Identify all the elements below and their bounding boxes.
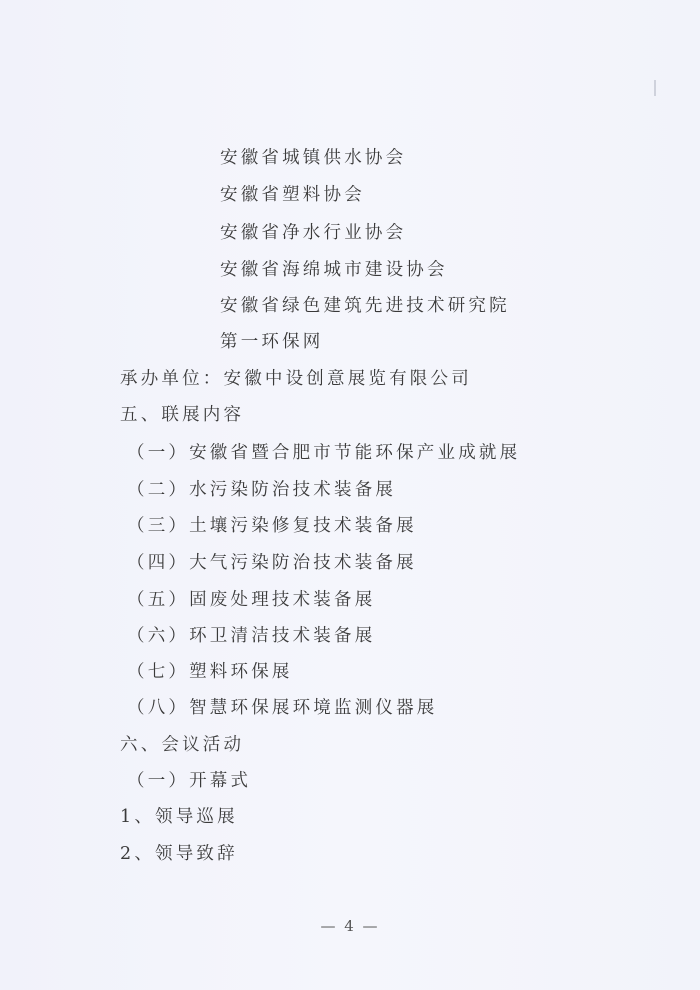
exhibit-item: （二）水污染防治技术装备展 — [127, 479, 396, 501]
co-organizer-line: 安徽省绿色建筑先进技术研究院 — [220, 295, 510, 317]
exhibit-item: （三）土壤污染修复技术装备展 — [127, 515, 417, 537]
co-organizer-line: 安徽省塑料协会 — [220, 184, 365, 206]
exhibit-item: （八）智慧环保展环境监测仪器展 — [127, 697, 438, 719]
exhibit-item: （一）安徽省暨合肥市节能环保产业成就展 — [127, 442, 520, 464]
document-page: 安徽省城镇供水协会 安徽省塑料协会 安徽省净水行业协会 安徽省海绵城市建设协会 … — [0, 0, 700, 990]
exhibit-item: （六）环卫清洁技术装备展 — [127, 625, 375, 647]
section-6-heading: 六、会议活动 — [120, 734, 244, 756]
scan-artifact — [654, 80, 656, 96]
activity-item: 2、领导致辞 — [120, 843, 238, 865]
co-organizer-line: 安徽省净水行业协会 — [220, 222, 406, 244]
exhibit-item: （七）塑料环保展 — [127, 661, 293, 683]
co-organizer-line: 安徽省海绵城市建设协会 — [220, 259, 448, 281]
exhibit-item: （五）固废处理技术装备展 — [127, 589, 375, 611]
activity-item: 1、领导巡展 — [120, 806, 238, 828]
section-6-subheading: （一）开幕式 — [127, 770, 251, 792]
section-5-heading: 五、联展内容 — [120, 404, 244, 426]
exhibit-item: （四）大气污染防治技术装备展 — [127, 552, 417, 574]
page-number: — 4 — — [0, 917, 700, 935]
co-organizer-line: 安徽省城镇供水协会 — [220, 147, 406, 169]
host-unit-line: 承办单位：安徽中设创意展览有限公司 — [120, 368, 472, 390]
co-organizer-line: 第一环保网 — [220, 331, 324, 353]
